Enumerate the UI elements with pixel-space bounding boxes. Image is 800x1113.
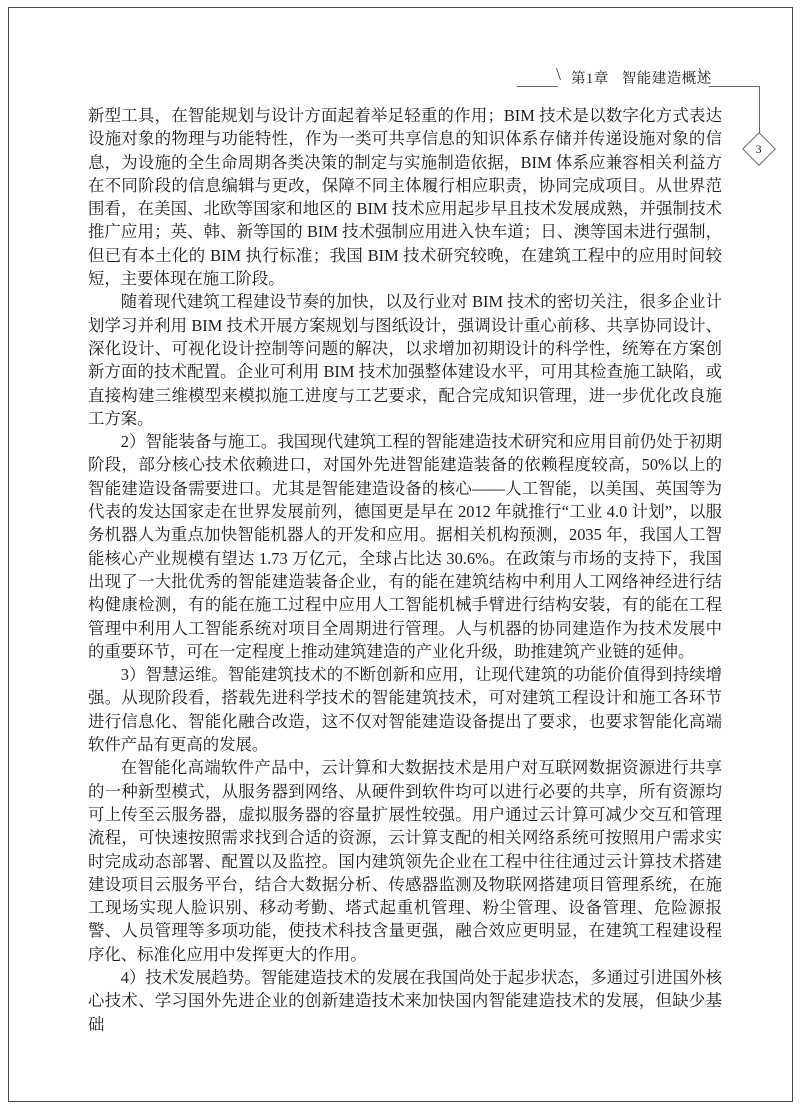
- body-paragraph-item-2: 2）智能装备与施工。我国现代建筑工程的智能建造技术研究和应用目前仍处于初期阶段，…: [88, 430, 722, 663]
- header-rule-right: [709, 86, 760, 87]
- chapter-label: 第1章: [571, 71, 609, 87]
- page-number: 3: [756, 142, 762, 157]
- body-paragraph-item-4: 4）技术发展趋势。智能建造技术的发展在我国尚处于起步状态，多通过引进国外核心技术…: [88, 966, 722, 1036]
- body-paragraph: 在智能化高端软件产品中，云计算和大数据技术是用户对互联网数据资源进行共享的一种新…: [88, 756, 722, 966]
- body-text: 新型工具，在智能规划与设计方面起着举足轻重的作用；BIM 技术是以数字化方式表达…: [88, 104, 722, 1036]
- page-number-diamond: 3: [742, 132, 776, 166]
- body-paragraph-item-3: 3）智慧运维。智能建筑技术的不断创新和应用，让现代建筑的功能价值得到持续增强。从…: [88, 663, 722, 756]
- header-rule-left: [517, 86, 558, 87]
- header-ornament-left: \: [556, 64, 561, 85]
- body-paragraph: 随着现代建筑工程建设节奏的加快，以及行业对 BIM 技术的密切关注，很多企业计划…: [88, 290, 722, 430]
- book-page: \ 第1章智能建造概述 \ 3 新型工具，在智能规划与设计方面起着举足轻重的作用…: [0, 0, 800, 1113]
- header-ornament-right: \: [699, 64, 704, 85]
- header-rule-vertical: [759, 87, 760, 134]
- chapter-heading: 第1章智能建造概述: [571, 67, 712, 88]
- body-paragraph: 新型工具，在智能规划与设计方面起着举足轻重的作用；BIM 技术是以数字化方式表达…: [88, 104, 722, 290]
